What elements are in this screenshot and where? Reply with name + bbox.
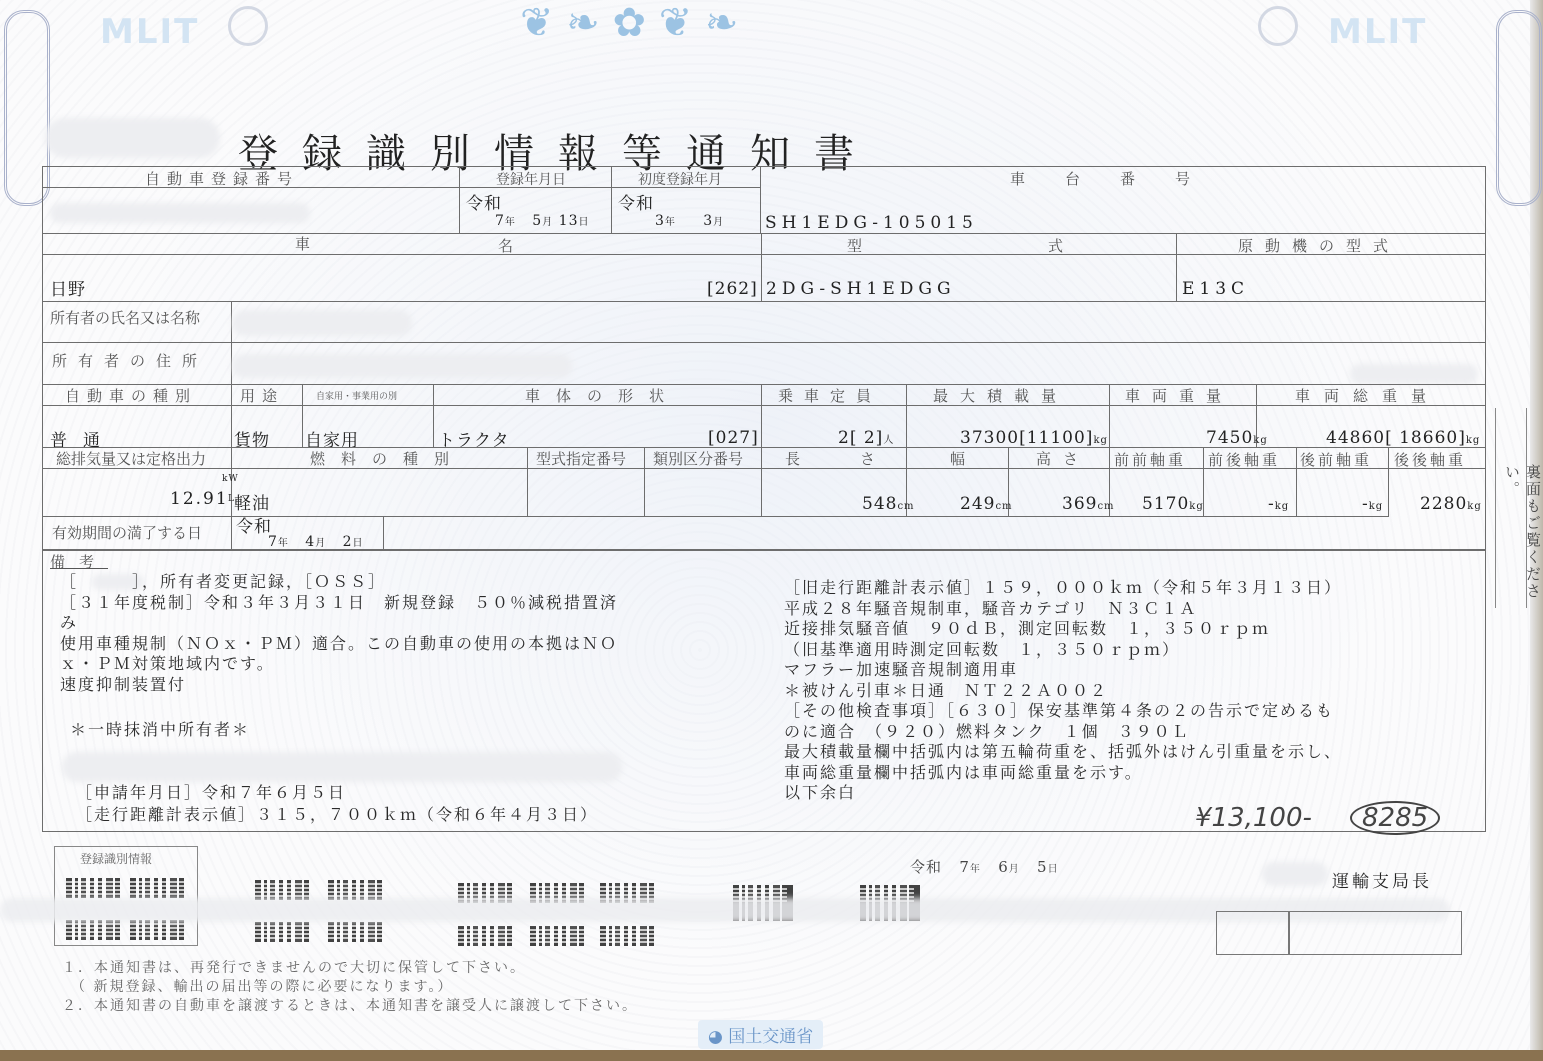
remark-line: 車両総重量欄中括弧内は車両総重量を示す。 (784, 763, 1143, 784)
remark-line: ［３１年度税制］令和３年３月３１日 新規登録 ５０％減税措置済 (60, 593, 618, 614)
remark-line: 以下余白 (784, 783, 856, 804)
label-rf-axle: 後前軸重 (1300, 449, 1372, 470)
remark-line: ＊被けん引車＊日通 ＮＴ２２Ａ００２ (784, 681, 1108, 702)
vehicle-weight-value: 7450kg (1206, 428, 1268, 448)
owner-name-redacted (232, 310, 412, 336)
label-registration-number: 自動車登録番号 (145, 168, 299, 189)
label-ff-axle: 前前軸重 (1114, 449, 1186, 470)
temp-owner-redacted (62, 752, 622, 782)
application-date: ［申請年月日］令和７年６月５日 (76, 783, 346, 804)
label-vehicle-weight: 車両重量 (1125, 385, 1233, 406)
qr-code-icon (328, 880, 382, 900)
back-side-note-box: 裏面もご覧ください。 (1495, 408, 1527, 608)
remark-line: 近接排気騒音値 ９０ｄＢ，測定回転数 １，３５０ｒｐｍ (784, 619, 1270, 640)
desk-surface (0, 1050, 1543, 1061)
label-gross-weight: 車両総重量 (1295, 385, 1440, 406)
remark-line: 最大積載量欄中括弧内は第五輪荷重を、括弧外はけん引重量を示し、 (784, 742, 1342, 763)
qr-code-icon (458, 926, 512, 946)
label-fuel-type: 燃料の種別 (310, 448, 465, 469)
rf-axle-value: -kg (1362, 494, 1383, 514)
label-model-1: 型 (847, 235, 869, 256)
remark-line: ［その他検査事項］［６３０］保安基準第４条の２の告示で定めるも (784, 701, 1334, 722)
seal-box-right (1288, 911, 1462, 955)
mlit-watermark-left: MLIT (100, 12, 199, 52)
label-max-load: 最大積載量 (933, 385, 1068, 406)
odometer-reading: ［走行距離計表示値］３１５，７００ｋｍ（令和６年４月３日） (76, 805, 598, 826)
qr-code-icon (130, 920, 184, 940)
qr-box-label: 登録識別情報 (80, 850, 152, 867)
issuer-title: 運輸支局長 (1332, 867, 1432, 892)
mlit-emblem-icon (228, 6, 268, 46)
remark-line: マフラー加速騒音規制適用車 (784, 660, 1018, 681)
label-engine-model: 原動機の型式 (1238, 235, 1400, 256)
redacted-area (45, 118, 220, 158)
remark-line: ［ ］，所有者変更記録，［ＯＳＳ］ (60, 572, 386, 593)
qr-code-icon (130, 878, 184, 898)
label-vehicle-name-2: 名 (498, 235, 520, 256)
remark-line: １．本通知書は、再発行できませんので大切に保管して下さい。 (62, 957, 526, 977)
mlit-emblem-icon (1258, 6, 1298, 46)
width-value: 249cm (960, 494, 1013, 514)
label-remarks: 備考 (50, 551, 108, 572)
vehicle-name-value: 日野 (50, 275, 86, 300)
remark-line: 平成２８年騒音規制車，騒音カテゴリ Ｎ３Ｃ１Ａ (784, 599, 1197, 620)
remark-line: （ 新規登録、輸出の届出等の際に必要になります。） (62, 976, 453, 996)
label-model-2: 式 (1048, 235, 1070, 256)
registration-date-value: 7年 5月 13日 (495, 213, 589, 229)
body-shape-code: [027] (708, 428, 759, 448)
height-value: 369cm (1062, 494, 1115, 514)
handwritten-fee: ¥13,100- (1195, 803, 1312, 833)
expiry-date-value: 7年 4月 2日 (268, 534, 363, 550)
label-category-no: 類別区分番号 (653, 448, 743, 469)
fr-axle-value: -kg (1268, 494, 1289, 514)
displacement-value: 12.91 (170, 489, 229, 509)
first-registration-era: 令和 (618, 189, 654, 214)
label-rr-axle: 後後軸重 (1394, 449, 1466, 470)
label-height: 高さ (1036, 448, 1090, 469)
qr-code-icon (530, 926, 584, 946)
registration-date-era: 令和 (466, 189, 502, 214)
ministry-logo: ◕ 国土交通省 (698, 1020, 823, 1049)
label-displacement: 総排気量又は定格出力 (56, 448, 206, 469)
top-flourish-icon: ❦ ❧ ✿ ❦ ❧ (520, 0, 738, 46)
qr-code-icon (600, 926, 654, 946)
qr-code-icon (66, 920, 120, 940)
label-usage: 用途 (240, 385, 284, 406)
label-fr-axle: 前後軸重 (1208, 449, 1280, 470)
label-capacity: 乗車定員 (778, 385, 882, 406)
remark-line: ｘ・ＰＭ対策地域内です。 (60, 654, 275, 675)
remark-line: 速度抑制装置付 (60, 675, 186, 696)
chassis-number-value: SH1EDG-105015 (765, 213, 978, 233)
vehicle-name-code: [262] (707, 279, 758, 299)
label-width: 幅 (950, 448, 972, 469)
label-private-business: 自家用・事業用の別 (316, 389, 397, 402)
qr-code-icon (255, 880, 309, 900)
remark-line: のに適合 （９２０）燃料タンク １個 ３９０Ｌ (784, 722, 1190, 743)
engine-model-value: E13C (1182, 279, 1249, 299)
label-vehicle-name-1: 車 (295, 233, 317, 254)
issuer-office-redacted (1262, 862, 1328, 886)
max-load-value: 37300[11100]kg (960, 428, 1108, 448)
ministry-logo-icon: ◕ (708, 1027, 728, 1047)
temp-cancel-owner: ＊一時抹消中所有者＊ (70, 720, 250, 741)
remark-line: み (60, 613, 78, 634)
fuel-type-value: 軽油 (234, 489, 270, 514)
label-chassis-number: 車台番号 (1010, 168, 1230, 189)
qr-code-icon (255, 922, 309, 942)
remark-line: ２．本通知書の自動車を譲渡するときは、本通知書を譲受人に譲渡して下さい。 (62, 995, 638, 1015)
back-side-note: 裏面もご覧ください。 (1502, 464, 1543, 608)
issue-date: 令和 7年 6月 5日 (910, 856, 1059, 877)
qr-code-icon (328, 922, 382, 942)
registration-number-redacted (50, 203, 310, 223)
first-registration-value: 3年 3月 (655, 213, 724, 229)
label-expiry: 有効期間の満了する日 (52, 522, 202, 543)
gross-weight-value: 44860[ 18660]kg (1326, 428, 1480, 448)
handwritten-circled-number: 8285 (1350, 803, 1440, 833)
ff-axle-value: 5170kg (1142, 494, 1204, 514)
remark-line: 使用車種規制（ＮＯｘ・ＰＭ）適合。この自動車の使用の本拠はＮＯ (60, 634, 618, 655)
owner-address-redacted (232, 354, 572, 378)
seal-box-left (1216, 911, 1290, 955)
remark-line: （旧基準適用時測定回転数 １，３５０ｒｐｍ） (784, 640, 1180, 661)
remark-line: ［旧走行距離計表示値］１５９，０００ｋｍ（令和５年３月１３日） (784, 578, 1342, 599)
length-value: 548cm (862, 494, 915, 514)
expiry-era: 令和 (236, 512, 272, 537)
label-vehicle-type: 自動車の種別 (65, 385, 197, 406)
rr-axle-value: 2280kg (1420, 494, 1482, 514)
capacity-value: 2[ 2]人 (838, 428, 894, 448)
qr-code-icon (66, 878, 120, 898)
label-body-shape: 車体の形状 (525, 385, 680, 406)
label-registration-date: 登録年月日 (496, 169, 566, 189)
owner-address-code-redacted (1350, 364, 1478, 384)
mlit-watermark-right: MLIT (1328, 12, 1427, 52)
label-first-registration: 初度登録年月 (638, 169, 722, 189)
displacement-unit-kw: kW (222, 474, 239, 484)
label-owner-name: 所有者の氏名又は名称 (50, 307, 200, 328)
label-type-designation: 型式指定番号 (536, 448, 626, 469)
label-owner-address: 所有者の住所 (52, 350, 208, 371)
model-value: 2DG-SH1EDGG (766, 279, 956, 299)
right-ornament-icon (1496, 10, 1542, 206)
